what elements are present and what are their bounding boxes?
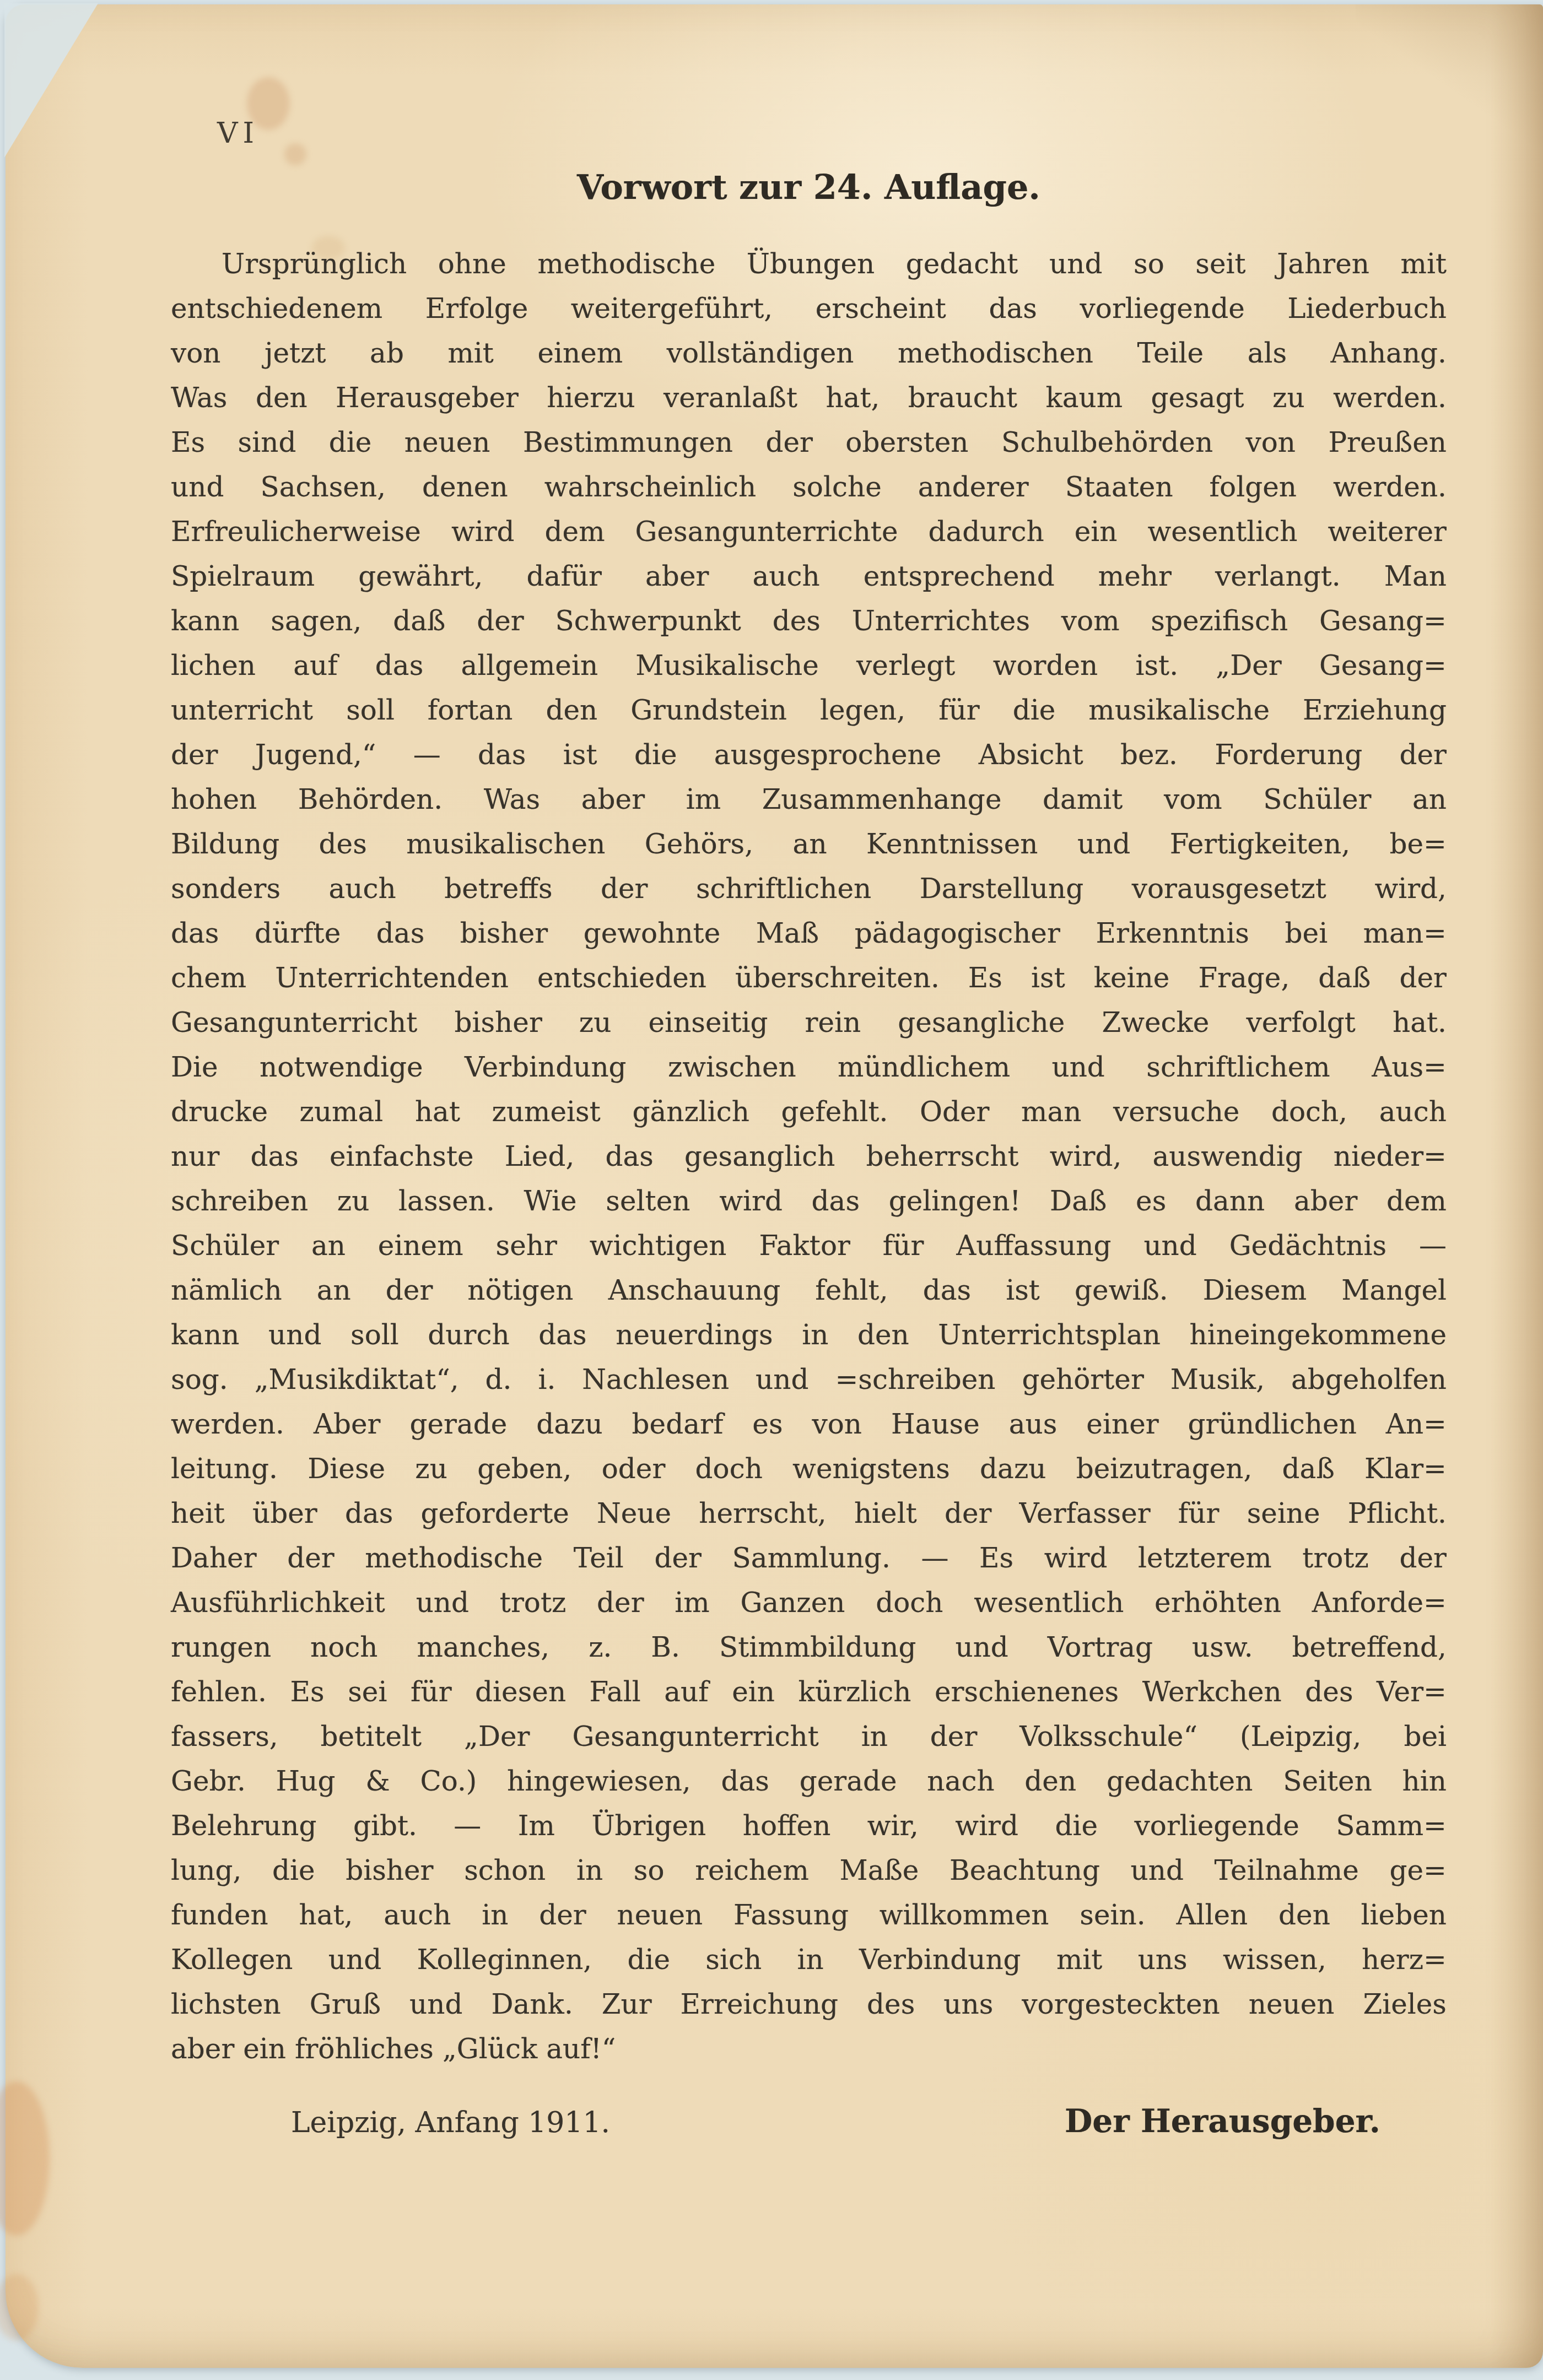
body-line: Belehrung gibt. — Im Übrigen hoffen wir,… [171,1804,1447,1848]
body-line: der Jugend,“ — das ist die ausgesprochen… [171,733,1447,777]
body-line: heit über das geforderte Neue herrscht, … [171,1491,1447,1536]
body-line: nur das einfachste Lied, das gesanglich … [171,1134,1447,1179]
body-line: Schüler an einem sehr wichtigen Faktor f… [171,1224,1447,1268]
body-line: Gebr. Hug & Co.) hingewiesen, das gerade… [171,1759,1447,1804]
body-line: lichsten Gruß und Dank. Zur Erreichung d… [171,1982,1447,2027]
body-line: Die notwendige Verbindung zwischen mündl… [171,1045,1447,1090]
body-line: fassers, betitelt „Der Gesangunterricht … [171,1714,1447,1759]
worn-corner-top-left [4,3,98,158]
body-line: nämlich an der nötigen Anschauung fehlt,… [171,1268,1447,1313]
body-line: Bildung des musikalischen Gehörs, an Ken… [171,822,1447,867]
body-line: fehlen. Es sei für diesen Fall auf ein k… [171,1670,1447,1714]
body-line: Kollegen und Kolleginnen, die sich in Ve… [171,1938,1447,1982]
body-line: chem Unterrichtenden entschieden übersch… [171,956,1447,1000]
body-line: Gesangunterricht bisher zu einseitig rei… [171,1000,1447,1045]
body-line: Erfreulicherweise wird dem Gesangunterri… [171,510,1447,554]
body-line: Daher der methodische Teil der Sammlung.… [171,1536,1447,1581]
body-line: Was den Herausgeber hierzu veranlaßt hat… [171,376,1447,420]
body-line: Es sind die neuen Bestimmungen der obers… [171,420,1447,465]
body-line: kann sagen, daß der Schwerpunkt des Unte… [171,599,1447,643]
body-line: lichen auf das allgemein Musikalische ve… [171,643,1447,688]
preface-title: Vorwort zur 24. Auflage. [171,162,1447,213]
body-line: hohen Behörden. Was aber im Zusammenhang… [171,777,1447,822]
signature-row: Leipzig, Anfang 1911. Der Herausgeber. [171,2102,1447,2140]
body-line: schreiben zu lassen. Wie selten wird das… [171,1179,1447,1224]
body-line: drucke zumal hat zumeist gänzlich gefehl… [171,1090,1447,1134]
scanned-book-page: VI Vorwort zur 24. Auflage. Ursprünglich… [0,0,1543,2380]
body-line: lung, die bisher schon in so reichem Maß… [171,1848,1447,1893]
page-paper: VI Vorwort zur 24. Auflage. Ursprünglich… [6,4,1543,2368]
preface-body: Ursprünglich ohne methodische Übungen ge… [171,242,1447,2071]
body-line: unterricht soll fortan den Grundstein le… [171,688,1447,733]
body-line: aber ein fröhliches „Glück auf!“ [171,2027,1447,2071]
dateline: Leipzig, Anfang 1911. [291,2106,610,2139]
body-line: das dürfte das bisher gewohnte Maß pädag… [171,911,1447,956]
body-line: leitung. Diese zu geben, oder doch wenig… [171,1447,1447,1491]
body-line: rungen noch manches, z. B. Stimmbildung … [171,1625,1447,1670]
body-line: und Sachsen, denen wahrscheinlich solche… [171,465,1447,510]
body-line: entschiedenem Erfolge weitergeführt, ers… [171,286,1447,331]
body-line: kann und soll durch das neuerdings in de… [171,1313,1447,1357]
body-line: Spielraum gewährt, dafür aber auch entsp… [171,554,1447,599]
body-line: funden hat, auch in der neuen Fassung wi… [171,1893,1447,1938]
body-line: Ursprünglich ohne methodische Übungen ge… [171,242,1447,286]
signature: Der Herausgeber. [1065,2102,1380,2140]
body-line: werden. Aber gerade dazu bedarf es von H… [171,1402,1447,1447]
body-line: von jetzt ab mit einem vollständigen met… [171,331,1447,376]
stain [0,2081,50,2236]
page-content: Vorwort zur 24. Auflage. Ursprünglich oh… [171,4,1447,2140]
stain [0,2274,39,2340]
body-line: sonders auch betreffs der schriftlichen … [171,867,1447,911]
body-line: sog. „Musikdiktat“, d. i. Nachlesen und … [171,1357,1447,1402]
body-line: Ausführlichkeit und trotz der im Ganzen … [171,1581,1447,1625]
